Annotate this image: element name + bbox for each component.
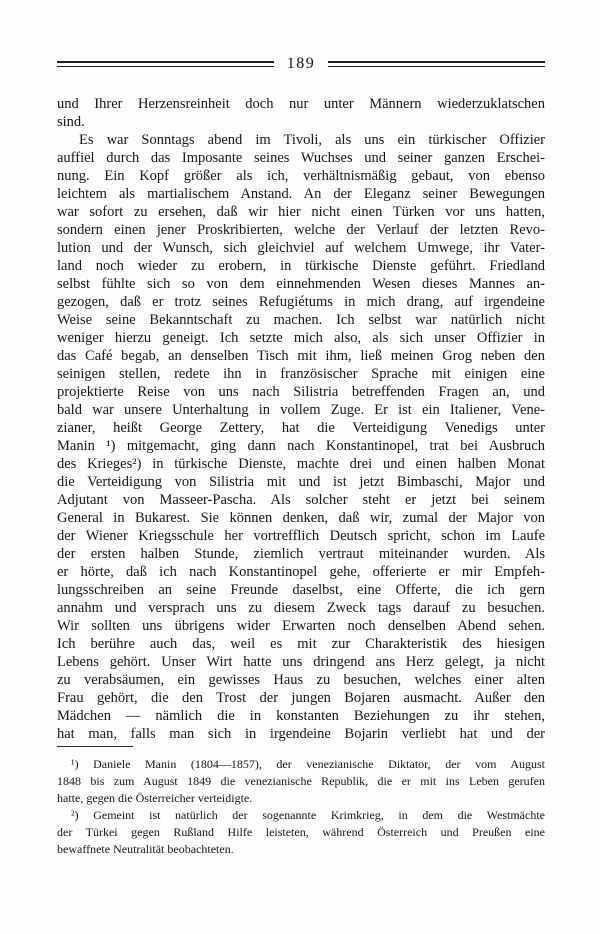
footnote-line: ²) Gemeint ist natürlich der sogenannte … [57,807,545,824]
body-text-line: und Ihrer Herzensreinheit doch nur unter… [57,95,545,113]
body-text-line: Ich berühre auch das, weil es mit zur Ch… [57,635,545,653]
body-text-line: Manin ¹) mitgemacht, ging dann nach Kons… [57,437,545,455]
body-text-line: des Krieges²) in türkische Dienste, mach… [57,455,545,473]
footnote-line: ¹) Daniele Manin (1804—1857), der venezi… [57,756,545,773]
footnote-line: 1848 bis zum August 1849 die venezianisc… [57,773,545,790]
footnote-line: bewaffnete Neutralität beobachteten. [57,841,545,858]
body-text-line: General in Bukarest. Sie können denken, … [57,509,545,527]
header-rule-left [57,61,274,67]
footnote-line: hatte, gegen die Österreicher verteidigt… [57,790,545,807]
header-rule-right [328,61,545,67]
body-text-line: zu verabsäumen, ein gewisses Haus zu bes… [57,671,545,689]
body-text-line: Es war Sonntags abend im Tivoli, als uns… [57,131,545,149]
page-number: 189 [274,54,329,74]
body-text-line: bald war unsere Unterhaltung in vollem Z… [57,401,545,419]
body-text-line: er hörte, daß ich nach Konstantinopel ge… [57,563,545,581]
body-text-line: auffiel durch das Imposante seines Wuchs… [57,149,545,167]
body-text-line: war sofort zu ersehen, daß wir hier nich… [57,203,545,221]
footnote-line: der Türkei gegen Rußland Hilfe leisteten… [57,824,545,841]
body-text-line: die Verteidigung von Silistria mit und i… [57,473,545,491]
body-text-line: der ersten halben Stunde, ziemlich vertr… [57,545,545,563]
page-header: 189 [57,0,545,74]
body-text-line: sind. [57,113,545,131]
book-page: 189 und Ihrer Herzensreinheit doch nur u… [0,0,600,934]
body-text-line: land noch wieder zu erobern, in türkisch… [57,257,545,275]
body-text-line: das Café begab, an denselben Tisch mit i… [57,347,545,365]
body-text-line: Adjutant von Masseer-Pascha. Als solcher… [57,491,545,509]
footnotes: ¹) Daniele Manin (1804—1857), der venezi… [57,756,545,858]
page-content: 189 und Ihrer Herzensreinheit doch nur u… [57,0,545,858]
body-text-line: sondern einen jener Proskribierten, welc… [57,221,545,239]
body-text-line: weniger hierzu geneigt. Ich setzte mich … [57,329,545,347]
body-text: und Ihrer Herzensreinheit doch nur unter… [57,95,545,743]
body-text-line: lungsschreiben an seine Freunde daselbst… [57,581,545,599]
body-text-line: der Wiener Kriegsschule her vortrefflich… [57,527,545,545]
body-text-line: selbst fühlte sich so von dem einnehmend… [57,275,545,293]
body-text-line: leichtem als martialischem Anstand. An d… [57,185,545,203]
body-text-line: gezogen, daß er trotz seines Refugiétums… [57,293,545,311]
body-text-line: seinigen stellen, redete ihn in französi… [57,365,545,383]
body-text-line: Frau gehört, die den Trost der jungen Bo… [57,689,545,707]
body-text-line: hat man, falls man sich in irgendeine Bo… [57,725,545,743]
body-text-line: Wir sollten uns übrigens wider Erwarten … [57,617,545,635]
body-text-line: lution und der Wunsch, sich gleichviel a… [57,239,545,257]
body-text-line: Weise seine Bekanntschaft zu machen. Ich… [57,311,545,329]
body-text-line: Lebens gehört. Unser Wirt hatte uns drin… [57,653,545,671]
body-text-line: projektierte Reise von uns nach Silistri… [57,383,545,401]
body-text-line: zianer, heißt George Zettery, hat die Ve… [57,419,545,437]
body-text-line: annahm und versprach uns zu diesem Zweck… [57,599,545,617]
body-text-line: Mädchen — nämlich die in konstanten Bezi… [57,707,545,725]
footnote-separator [57,746,133,747]
body-text-line: nung. Ein Kopf größer als ich, verhältni… [57,167,545,185]
